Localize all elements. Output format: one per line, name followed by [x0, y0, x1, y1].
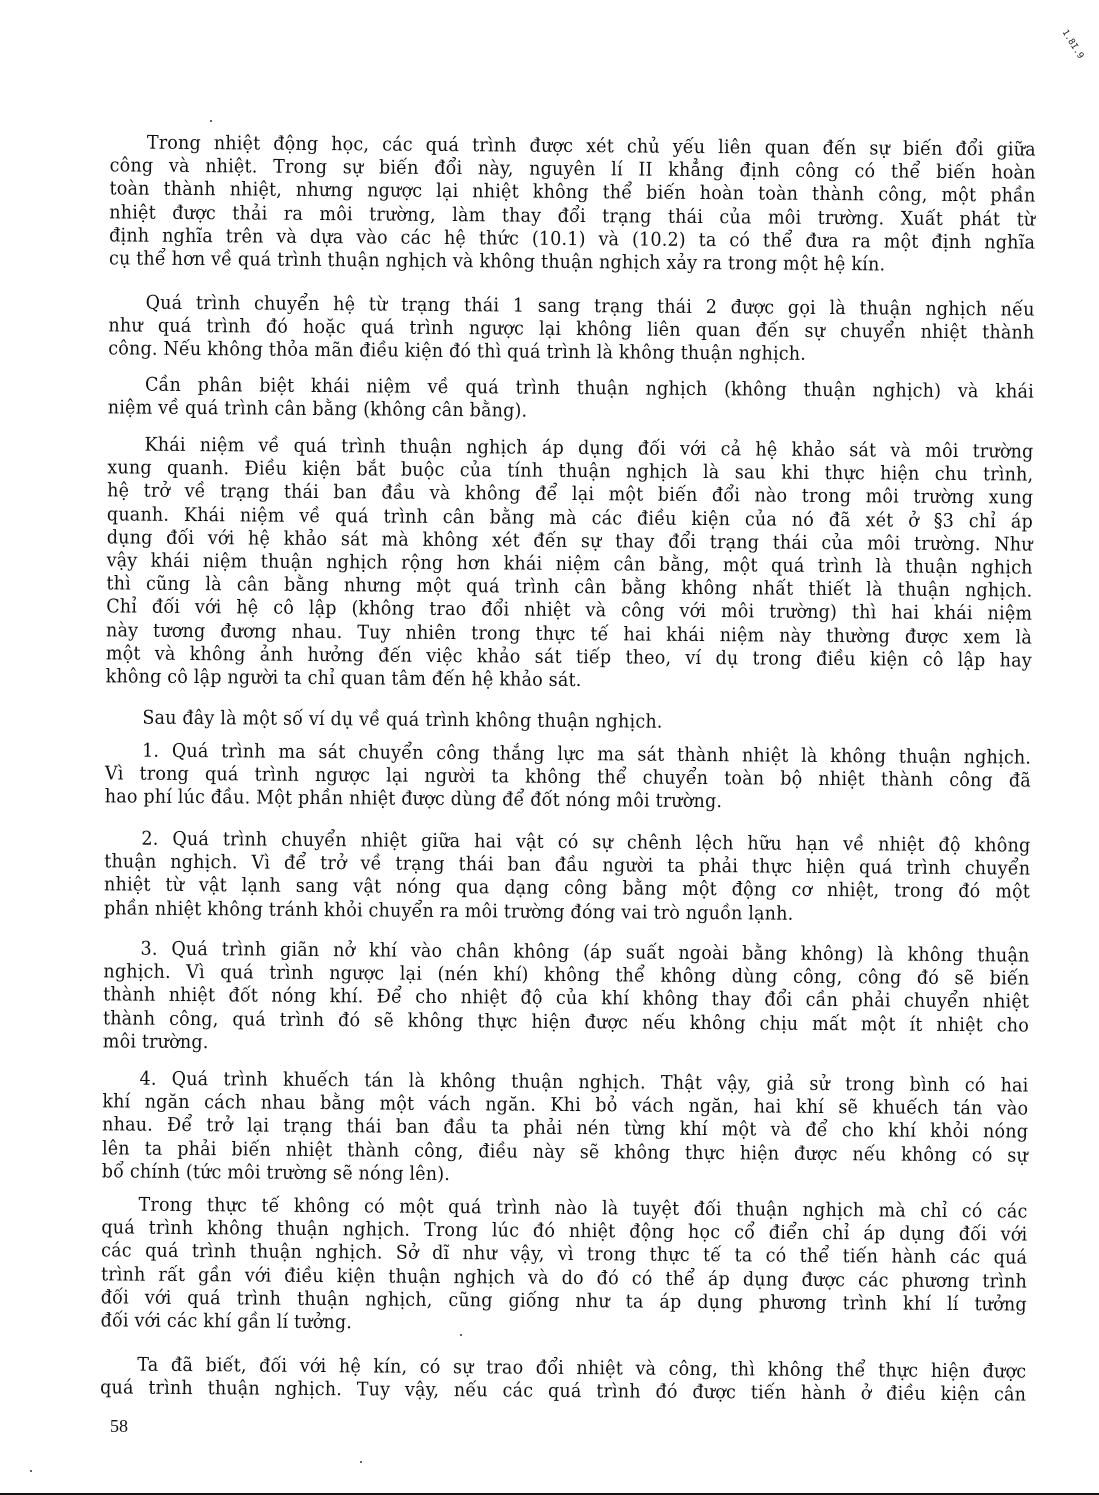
scan-speck: [360, 1461, 362, 1463]
paragraph: Cần phân biệt khái niệm về quá trình thu…: [1, 0, 1099, 8]
body-text: Trong nhiệt động học, các quá trình được…: [0, 0, 1099, 1495]
scan-speck: [210, 120, 212, 122]
paragraph: 3. Quá trình giãn nở khí vào chân không …: [1, 0, 1099, 8]
scanned-page: 1.8I.9 Trong nhiệt động học, các quá trì…: [0, 0, 1099, 1495]
text-line: hao phí lúc đầu. Một phần nhiệt được dùn…: [105, 784, 1031, 817]
paragraph: Quá trình chuyển hệ từ trạng thái 1 sang…: [1, 0, 1099, 8]
paragraph: Sau đây là một số ví dụ về quá trình khô…: [1, 0, 1099, 8]
page-number: 58: [110, 1416, 128, 1437]
paragraph: Ta đã biết, đối với hệ kín, có sự trao đ…: [1, 0, 1099, 8]
scan-speck: [460, 1334, 462, 1336]
text-line: Sau đây là một số ví dụ về quá trình khô…: [142, 705, 1031, 738]
paragraph: 1. Quá trình ma sát chuyển công thắng lự…: [1, 0, 1099, 8]
paragraph: 2. Quá trình chuyển nhiệt giữa hai vật c…: [1, 0, 1099, 8]
paragraph: Khái niệm về quá trình thuận nghịch áp d…: [1, 0, 1099, 8]
paragraph: Trong thực tế không có một quá trình nào…: [1, 0, 1099, 8]
scan-speck: [30, 1470, 32, 1472]
paragraph: Trong nhiệt động học, các quá trình được…: [1, 0, 1099, 8]
paragraph: 4. Quá trình khuếch tán là không thuận n…: [1, 0, 1099, 8]
scan-speck: [104, 1167, 106, 1169]
text-line: công. Nếu không thỏa mãn điều kiện đó th…: [108, 336, 1034, 369]
